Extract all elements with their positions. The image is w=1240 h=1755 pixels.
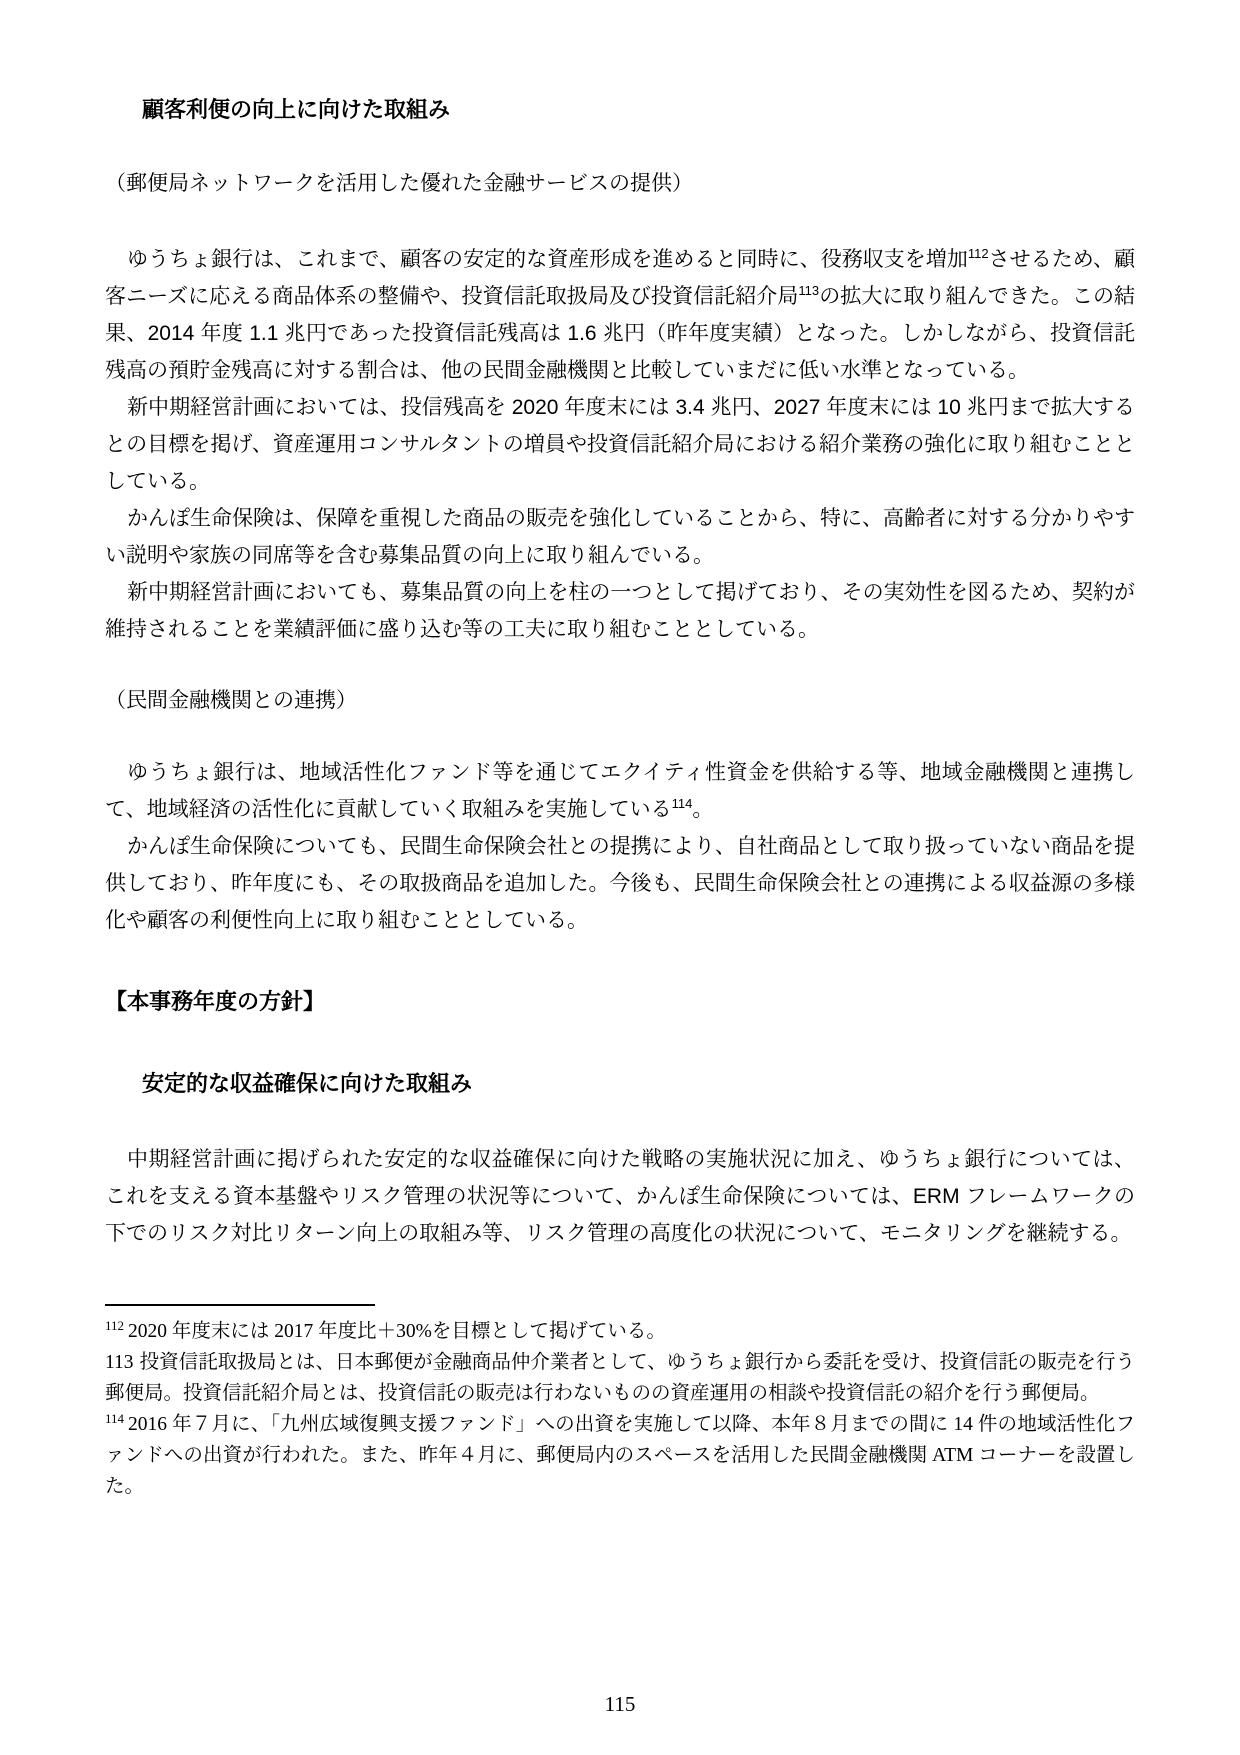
footnote-marker-113: 113 xyxy=(105,1352,134,1373)
page-number: 115 xyxy=(0,1692,1240,1717)
section-heading-customer-convenience: 顧客利便の向上に向けた取組み xyxy=(142,95,1135,125)
footnotes-section: 1122020 年度末には 2017 年度比＋30%を目標として掲げている。 1… xyxy=(105,1304,1135,1502)
paragraph-monitoring-continue: 中期経営計画に掲げられた安定的な収益確保に向けた戦略の実施状況に加え、ゆうちょ銀… xyxy=(105,1141,1135,1252)
subheading-private-cooperation: （民間金融機関との連携） xyxy=(105,686,1135,716)
section-heading-stable-profit: 安定的な収益確保に向けた取組み xyxy=(142,1069,1135,1099)
footnote-marker-112: 112 xyxy=(105,1318,124,1333)
text-run: ゆうちょ銀行は、地域活性化ファンド等を通じてエクイティ性資金を供給する等、地域金… xyxy=(105,761,1135,821)
footnote-separator-rule xyxy=(105,1304,375,1306)
footnote-text: 2020 年度末には 2017 年度比＋30%を目標として掲げている。 xyxy=(128,1321,666,1342)
body-section-1: ゆうちょ銀行は、これまで、顧客の安定的な資産形成を進めると同時に、役務収支を増加… xyxy=(105,241,1135,648)
section-heading-policy-this-year: 【本事務年度の方針】 xyxy=(105,987,1135,1017)
footnote-ref-112: 112 xyxy=(968,246,989,261)
footnote-marker-114: 114 xyxy=(105,1411,124,1426)
footnote-ref-113: 113 xyxy=(798,283,819,298)
footnote-ref-114: 114 xyxy=(672,796,693,811)
subheading-postal-network: （郵便局ネットワークを活用した優れた金融サービスの提供） xyxy=(105,169,1135,199)
footnote-112: 1122020 年度末には 2017 年度比＋30%を目標として掲げている。 xyxy=(105,1316,1135,1347)
body-section-3: 中期経営計画に掲げられた安定的な収益確保に向けた戦略の実施状況に加え、ゆうちょ銀… xyxy=(105,1141,1135,1252)
body-section-2: ゆうちょ銀行は、地域活性化ファンド等を通じてエクイティ性資金を供給する等、地域金… xyxy=(105,754,1135,939)
footnote-114: 1142016 年７月に、「九州広域復興支援ファンド」への出資を実施して以降、本… xyxy=(105,1409,1135,1502)
paragraph-kampo-private-products: かんぽ生命保険についても、民間生命保険会社との提携により、自社商品として取り扱っ… xyxy=(105,828,1135,939)
document-page: 顧客利便の向上に向けた取組み （郵便局ネットワークを活用した優れた金融サービスの… xyxy=(0,0,1240,1755)
text-run: ゆうちょ銀行は、これまで、顧客の安定的な資産形成を進めると同時に、役務収支を増加 xyxy=(127,248,968,271)
footnote-text: 投資信託取扱局とは、日本郵便が金融商品仲介業者として、ゆうちょ銀行から委託を受け… xyxy=(105,1352,1135,1404)
paragraph-kampo-quality: かんぽ生命保険は、保障を重視した商品の販売を強化していることから、特に、高齢者に… xyxy=(105,500,1135,574)
footnote-113: 113投資信託取扱局とは、日本郵便が金融商品仲介業者として、ゆうちょ銀行から委託… xyxy=(105,1347,1135,1409)
paragraph-midterm-quality-pillar: 新中期経営計画においても、募集品質の向上を柱の一つとして掲げており、その実効性を… xyxy=(105,574,1135,648)
paragraph-regional-fund: ゆうちょ銀行は、地域活性化ファンド等を通じてエクイティ性資金を供給する等、地域金… xyxy=(105,754,1135,828)
paragraph-midterm-plan-target: 新中期経営計画においては、投信残高を 2020 年度末には 3.4 兆円、202… xyxy=(105,389,1135,500)
paragraph-yucho-investment: ゆうちょ銀行は、これまで、顧客の安定的な資産形成を進めると同時に、役務収支を増加… xyxy=(105,241,1135,389)
footnote-text: 2016 年７月に、「九州広域復興支援ファンド」への出資を実施して以降、本年８月… xyxy=(105,1414,1135,1497)
text-run: 。 xyxy=(692,798,713,821)
